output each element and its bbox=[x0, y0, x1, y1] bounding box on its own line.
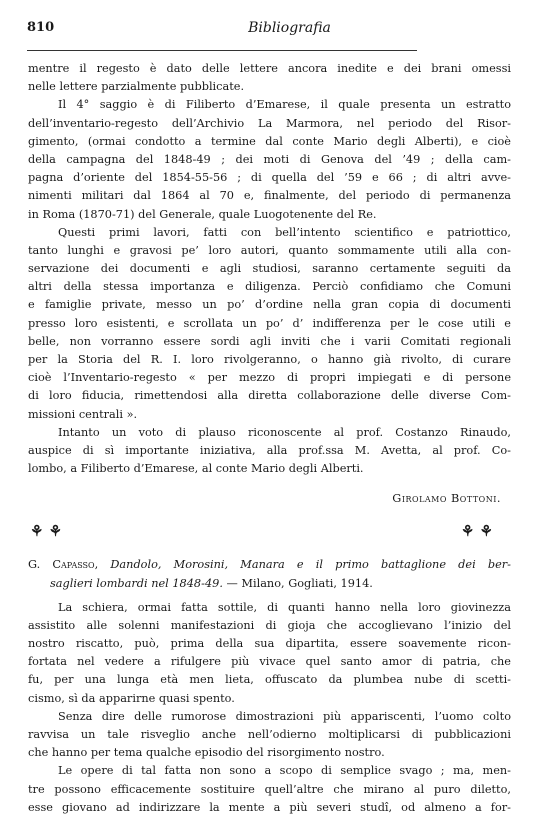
author-name: Capasso bbox=[52, 558, 94, 571]
text-line: Senza dire delle rumorose dimostrazioni … bbox=[28, 708, 511, 726]
text-line: fu, per una lunga età men lieta, offusca… bbox=[28, 671, 511, 689]
publication-info: — Milano, Gogliati, 1914. bbox=[223, 577, 373, 590]
fleuron-icon: ⚘ ⚘ bbox=[461, 522, 493, 540]
text-line: Le opere di tal fatta non sono a scopo d… bbox=[28, 762, 511, 780]
text-line: Intanto un voto di plauso riconoscente a… bbox=[28, 424, 511, 442]
text-line: nimenti militari dal 1864 al 70 e, final… bbox=[28, 187, 511, 205]
text-line: assistito alle solenni manifestazioni di… bbox=[28, 617, 511, 635]
paragraph: Le opere di tal fatta non sono a scopo d… bbox=[28, 762, 511, 817]
citation-line: G. Capasso, Dandolo, Morosini, Manara e … bbox=[28, 556, 511, 574]
bibliographic-entry: G. Capasso, Dandolo, Morosini, Manara e … bbox=[28, 556, 511, 592]
text-line: servazione dei documenti e agli studiosi… bbox=[28, 260, 511, 278]
author-initial: G. bbox=[28, 558, 52, 571]
text-line: lombo, a Filiberto d’Emarese, al conte M… bbox=[28, 460, 511, 478]
text-line: belle, non vorranno essere sordi agli in… bbox=[28, 333, 511, 351]
paragraph: Intanto un voto di plauso riconoscente a… bbox=[28, 424, 511, 479]
running-title: Bibliografia bbox=[27, 20, 522, 36]
text-line: della campagna del 1848-49 ; dei moti di… bbox=[28, 151, 511, 169]
text-line: presso loro esistenti, e scrollata un po… bbox=[28, 315, 511, 333]
book-title: Dandolo, Morosini, Manara e il primo bat… bbox=[110, 558, 511, 571]
book-title-cont: saglieri lombardi nel 1848-49. bbox=[50, 577, 223, 590]
paragraph: Questi primi lavori, fatti con bell’inte… bbox=[28, 224, 511, 424]
text-line: per la Storia del R. I. loro rivolgerann… bbox=[28, 351, 511, 369]
text-line: Il 4° saggio è di Filiberto d’Emarese, i… bbox=[28, 96, 511, 114]
text-line: cismo, sì da apparirne quasi spento. bbox=[28, 690, 511, 708]
review-signature: Girolamo Bottoni. bbox=[28, 490, 511, 508]
text-line: di loro fiducia, rimettendosi alla diret… bbox=[28, 387, 511, 405]
paragraph: Il 4° saggio è di Filiberto d’Emarese, i… bbox=[28, 96, 511, 223]
text-line: cioè l’Inventario-regesto « per mezzo di… bbox=[28, 369, 511, 387]
text-line: nostro riscatto, può, prima della sua di… bbox=[28, 635, 511, 653]
body-text: mentre il regesto è dato delle lettere a… bbox=[28, 60, 511, 817]
text-line: tanto lunghi e gravosi pe’ loro autori, … bbox=[28, 242, 511, 260]
paragraph: mentre il regesto è dato delle lettere a… bbox=[28, 60, 511, 96]
text-line: esse giovano ad indirizzare la mente a p… bbox=[28, 799, 511, 817]
text-line: mentre il regesto è dato delle lettere a… bbox=[28, 60, 511, 78]
text-line: gimento, (ormai condotto a termine dal c… bbox=[28, 133, 511, 151]
text-line: in Roma (1870-71) del Generale, quale Lu… bbox=[28, 206, 511, 224]
text-line: altri della stessa importanza e diligenz… bbox=[28, 278, 511, 296]
text-line: Questi primi lavori, fatti con bell’inte… bbox=[28, 224, 511, 242]
header-rule bbox=[27, 50, 417, 51]
paragraph: Senza dire delle rumorose dimostrazioni … bbox=[28, 708, 511, 763]
separator: , bbox=[95, 558, 111, 571]
text-line: La schiera, ormai fatta sottile, di quan… bbox=[28, 599, 511, 617]
page-header: 810 Bibliografia bbox=[27, 20, 522, 42]
fleuron-icon: ⚘ ⚘ bbox=[30, 522, 62, 540]
text-line: e famiglie private, messo un po’ d’ordin… bbox=[28, 296, 511, 314]
text-line: che hanno per tema qualche episodio del … bbox=[28, 744, 511, 762]
section-divider: ⚘ ⚘ ⚘ ⚘ bbox=[28, 522, 511, 552]
text-line: pagna d’oriente del 1854-55-56 ; di quel… bbox=[28, 169, 511, 187]
paragraph: La schiera, ormai fatta sottile, di quan… bbox=[28, 599, 511, 708]
text-line: auspice di sì importante iniziativa, all… bbox=[28, 442, 511, 460]
text-line: ravvisa un tale risveglio anche nell’odi… bbox=[28, 726, 511, 744]
text-line: missioni centrali ». bbox=[28, 406, 511, 424]
text-line: nelle lettere parzialmente pubblicate. bbox=[28, 78, 511, 96]
text-line: tre possono efficacemente sostituire que… bbox=[28, 781, 511, 799]
citation-line: saglieri lombardi nel 1848-49. — Milano,… bbox=[28, 575, 511, 593]
text-line: fortata nel vedere a rifulgere più vivac… bbox=[28, 653, 511, 671]
text-line: dell’inventario-regesto dell’Archivio La… bbox=[28, 115, 511, 133]
book-page: 810 Bibliografia mentre il regesto è dat… bbox=[0, 0, 550, 829]
